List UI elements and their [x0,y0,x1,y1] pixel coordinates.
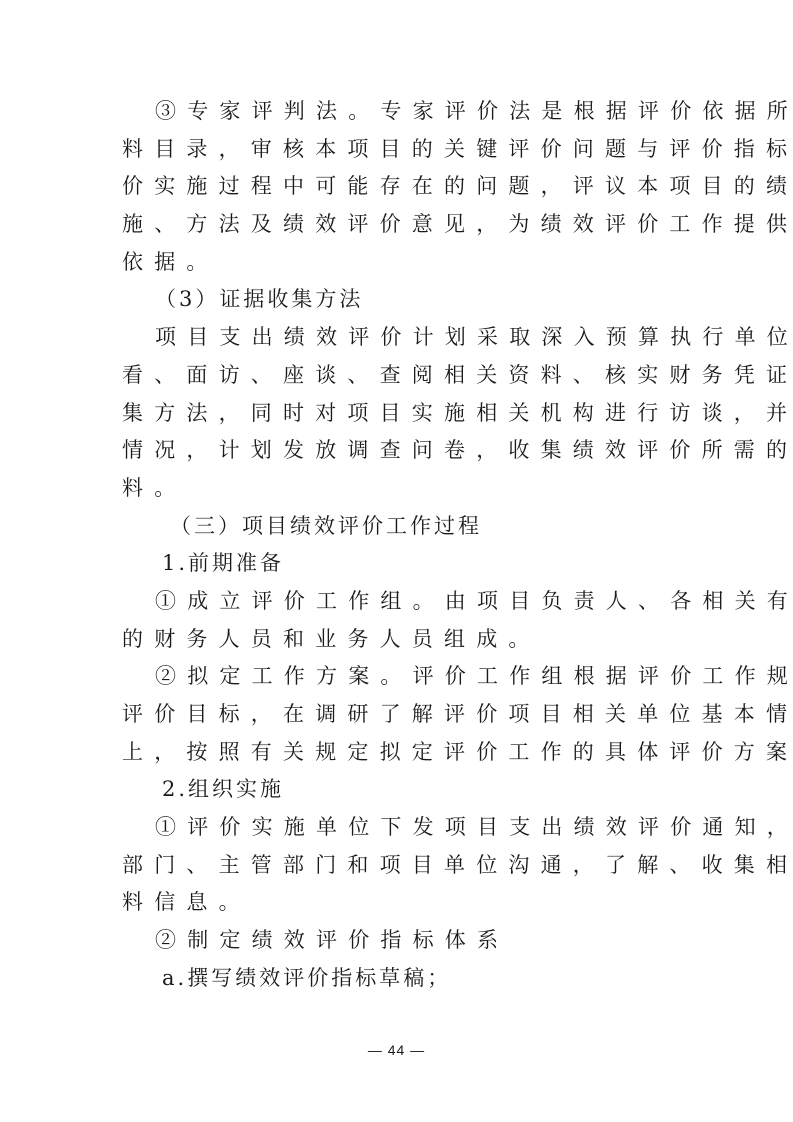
paragraph-line: 情况，计划发放调查问卷，收集绩效评价所需的基础性资 [122,432,682,470]
paragraph-line: 的财务人员和业务人员组成。 [122,621,682,659]
paragraph-line: 评价目标，在调研了解评价项目相关单位基本情况的基础 [122,696,682,734]
list-item-draft-indicators: a.撰写绩效评价指标草稿； [122,960,682,998]
paragraph-line: 依据。 [122,244,682,282]
paragraph-line: 料。 [122,470,682,508]
subsection-heading-preparation: 1.前期准备 [122,545,682,583]
paragraph-line: ②拟定工作方案。评价工作组根据评价工作规范，针对 [122,658,682,696]
paragraph-line: 上，按照有关规定拟定评价工作的具体评价方案。 [122,734,682,772]
paragraph-line: ①成立评价工作组。由项目负责人、各相关有管理经验 [122,583,682,621]
page-number: — 44 — [0,1042,793,1058]
paragraph-line: 看、面访、座谈、查阅相关资料、核实财务凭证等证据收 [122,357,682,395]
paragraph-line: 价实施过程中可能存在的问题，评议本项目的绩效评价措 [122,168,682,206]
section-heading-work-process: （三）项目绩效评价工作过程 [122,508,682,546]
document-body: ③专家评判法。专家评价法是根据评价依据所规定的资 料目录，审核本项目的关键评价问… [122,93,682,998]
paragraph-line: ①评价实施单位下发项目支出绩效评价通知，并与财政 [122,809,682,847]
paragraph-line: 项目支出绩效评价计划采取深入预算执行单位实地察 [122,319,682,357]
list-item-indicator-system: ②制定绩效评价指标体系 [122,922,682,960]
paragraph-line: 料目录，审核本项目的关键评价问题与评价指标，发现评 [122,131,682,169]
paragraph-line: 料信息。 [122,884,682,922]
document-page: ③专家评判法。专家评价法是根据评价依据所规定的资 料目录，审核本项目的关键评价问… [0,0,793,1122]
paragraph-line: 部门、主管部门和项目单位沟通，了解、收集相关基础资 [122,847,682,885]
paragraph-line: 集方法，同时对项目实施相关机构进行访谈，并结合实际 [122,395,682,433]
section-heading-evidence-collection: （3）证据收集方法 [122,281,682,319]
paragraph-line: 施、方法及绩效评价意见，为绩效评价工作提供定性参考 [122,206,682,244]
paragraph-expert-method-line: ③专家评判法。专家评价法是根据评价依据所规定的资 [122,93,682,131]
subsection-heading-implementation: 2.组织实施 [122,771,682,809]
